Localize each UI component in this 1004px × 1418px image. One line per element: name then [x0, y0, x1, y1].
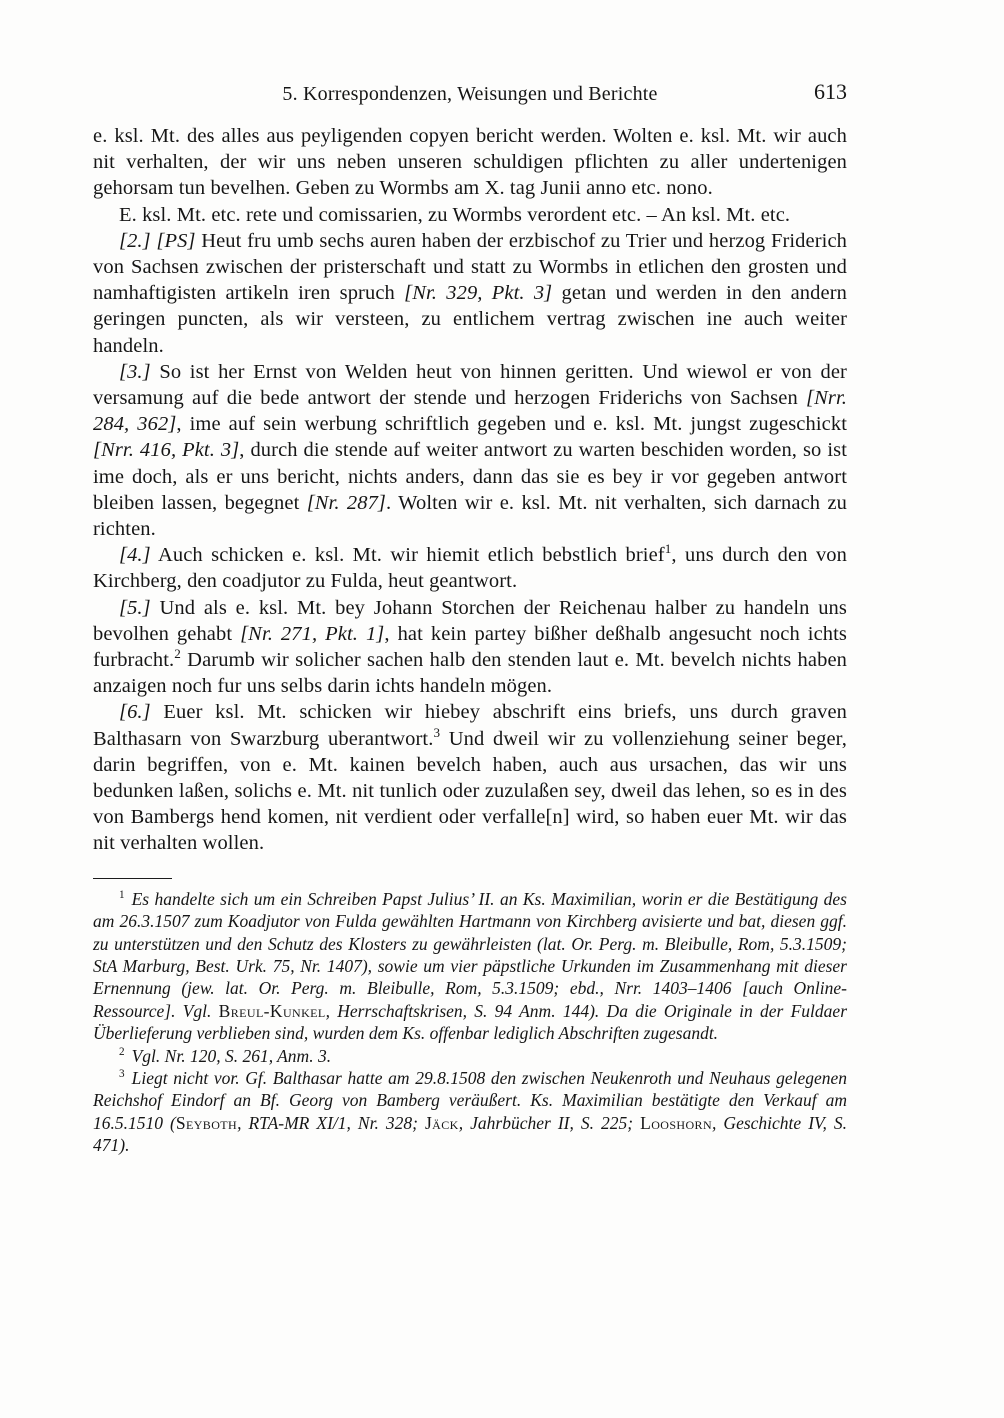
- text-block: 5. Korrespondenzen, Weisungen und Berich…: [93, 82, 847, 1157]
- text-run: Seyboth: [176, 1113, 237, 1133]
- body-paragraph: E. ksl. Mt. etc. rete und comissarien, z…: [93, 202, 847, 228]
- text-run: e. ksl. Mt. des alles aus peyligenden co…: [93, 125, 847, 199]
- footnote-marker: 2: [119, 1046, 125, 1058]
- footnote-marker: 1: [119, 889, 125, 901]
- body-paragraph: [3.] So ist her Ernst von Welden heut vo…: [93, 359, 847, 542]
- footnote-1: 1Es handelte sich um ein Schreiben Papst…: [93, 888, 847, 1045]
- text-run: [Nr. 287]: [307, 492, 386, 514]
- body-paragraph: [4.] Auch schicken e. ksl. Mt. wir hiemi…: [93, 542, 847, 594]
- footnote-marker: 2: [174, 646, 181, 661]
- body-paragraph: e. ksl. Mt. des alles aus peyligenden co…: [93, 123, 847, 202]
- body-paragraph: [6.] Euer ksl. Mt. schicken wir hiebey a…: [93, 699, 847, 856]
- text-run: [4.]: [119, 544, 151, 566]
- text-run: , ime auf sein werbung schriftlich gegeb…: [176, 413, 847, 435]
- footnotes: 1Es handelte sich um ein Schreiben Papst…: [93, 888, 847, 1157]
- section-title: 5. Korrespondenzen, Weisungen und Berich…: [93, 82, 847, 106]
- text-run: E. ksl. Mt. etc. rete und comissarien, z…: [119, 204, 790, 226]
- body-paragraph: [5.] Und als e. ksl. Mt. bey Johann Stor…: [93, 595, 847, 700]
- main-text: e. ksl. Mt. des alles aus peyligenden co…: [93, 123, 847, 857]
- text-run: , Jahrbücher II, S. 225;: [459, 1113, 640, 1133]
- text-run: Jäck: [425, 1113, 459, 1133]
- text-run: Vgl. Nr. 120, S. 261, Anm. 3.: [132, 1046, 331, 1066]
- text-run: Auch schicken e. ksl. Mt. wir hiemit etl…: [151, 544, 665, 566]
- page-number: 613: [814, 80, 847, 104]
- text-run: Breul-Kunkel: [219, 1001, 326, 1021]
- text-run: [5.]: [119, 597, 151, 619]
- text-run: Looshorn: [640, 1113, 712, 1133]
- text-run: [Nr. 329, Pkt. 3]: [404, 282, 552, 304]
- text-run: [Nr. 271, Pkt. 1]: [240, 623, 384, 645]
- footnote-separator: [93, 878, 172, 879]
- text-run: [3.]: [119, 361, 151, 383]
- text-run: , RTA-MR XI/1, Nr. 328;: [237, 1113, 425, 1133]
- book-page: 5. Korrespondenzen, Weisungen und Berich…: [0, 0, 1004, 1418]
- running-header: 5. Korrespondenzen, Weisungen und Berich…: [93, 82, 847, 108]
- text-run: So ist her Ernst von Welden heut von hin…: [93, 361, 847, 409]
- footnote-2: 2Vgl. Nr. 120, S. 261, Anm. 3.: [93, 1045, 847, 1067]
- footnote-marker: 3: [119, 1068, 125, 1080]
- text-run: [6.]: [119, 701, 151, 723]
- text-run: [2.] [PS]: [119, 230, 196, 252]
- text-run: Darumb wir solicher sachen halb den sten…: [93, 649, 847, 697]
- footnote-3: 3Liegt nicht vor. Gf. Balthasar hatte am…: [93, 1067, 847, 1157]
- text-run: [Nrr. 416, Pkt. 3]: [93, 439, 239, 461]
- body-paragraph: [2.] [PS] Heut fru umb sechs auren haben…: [93, 228, 847, 359]
